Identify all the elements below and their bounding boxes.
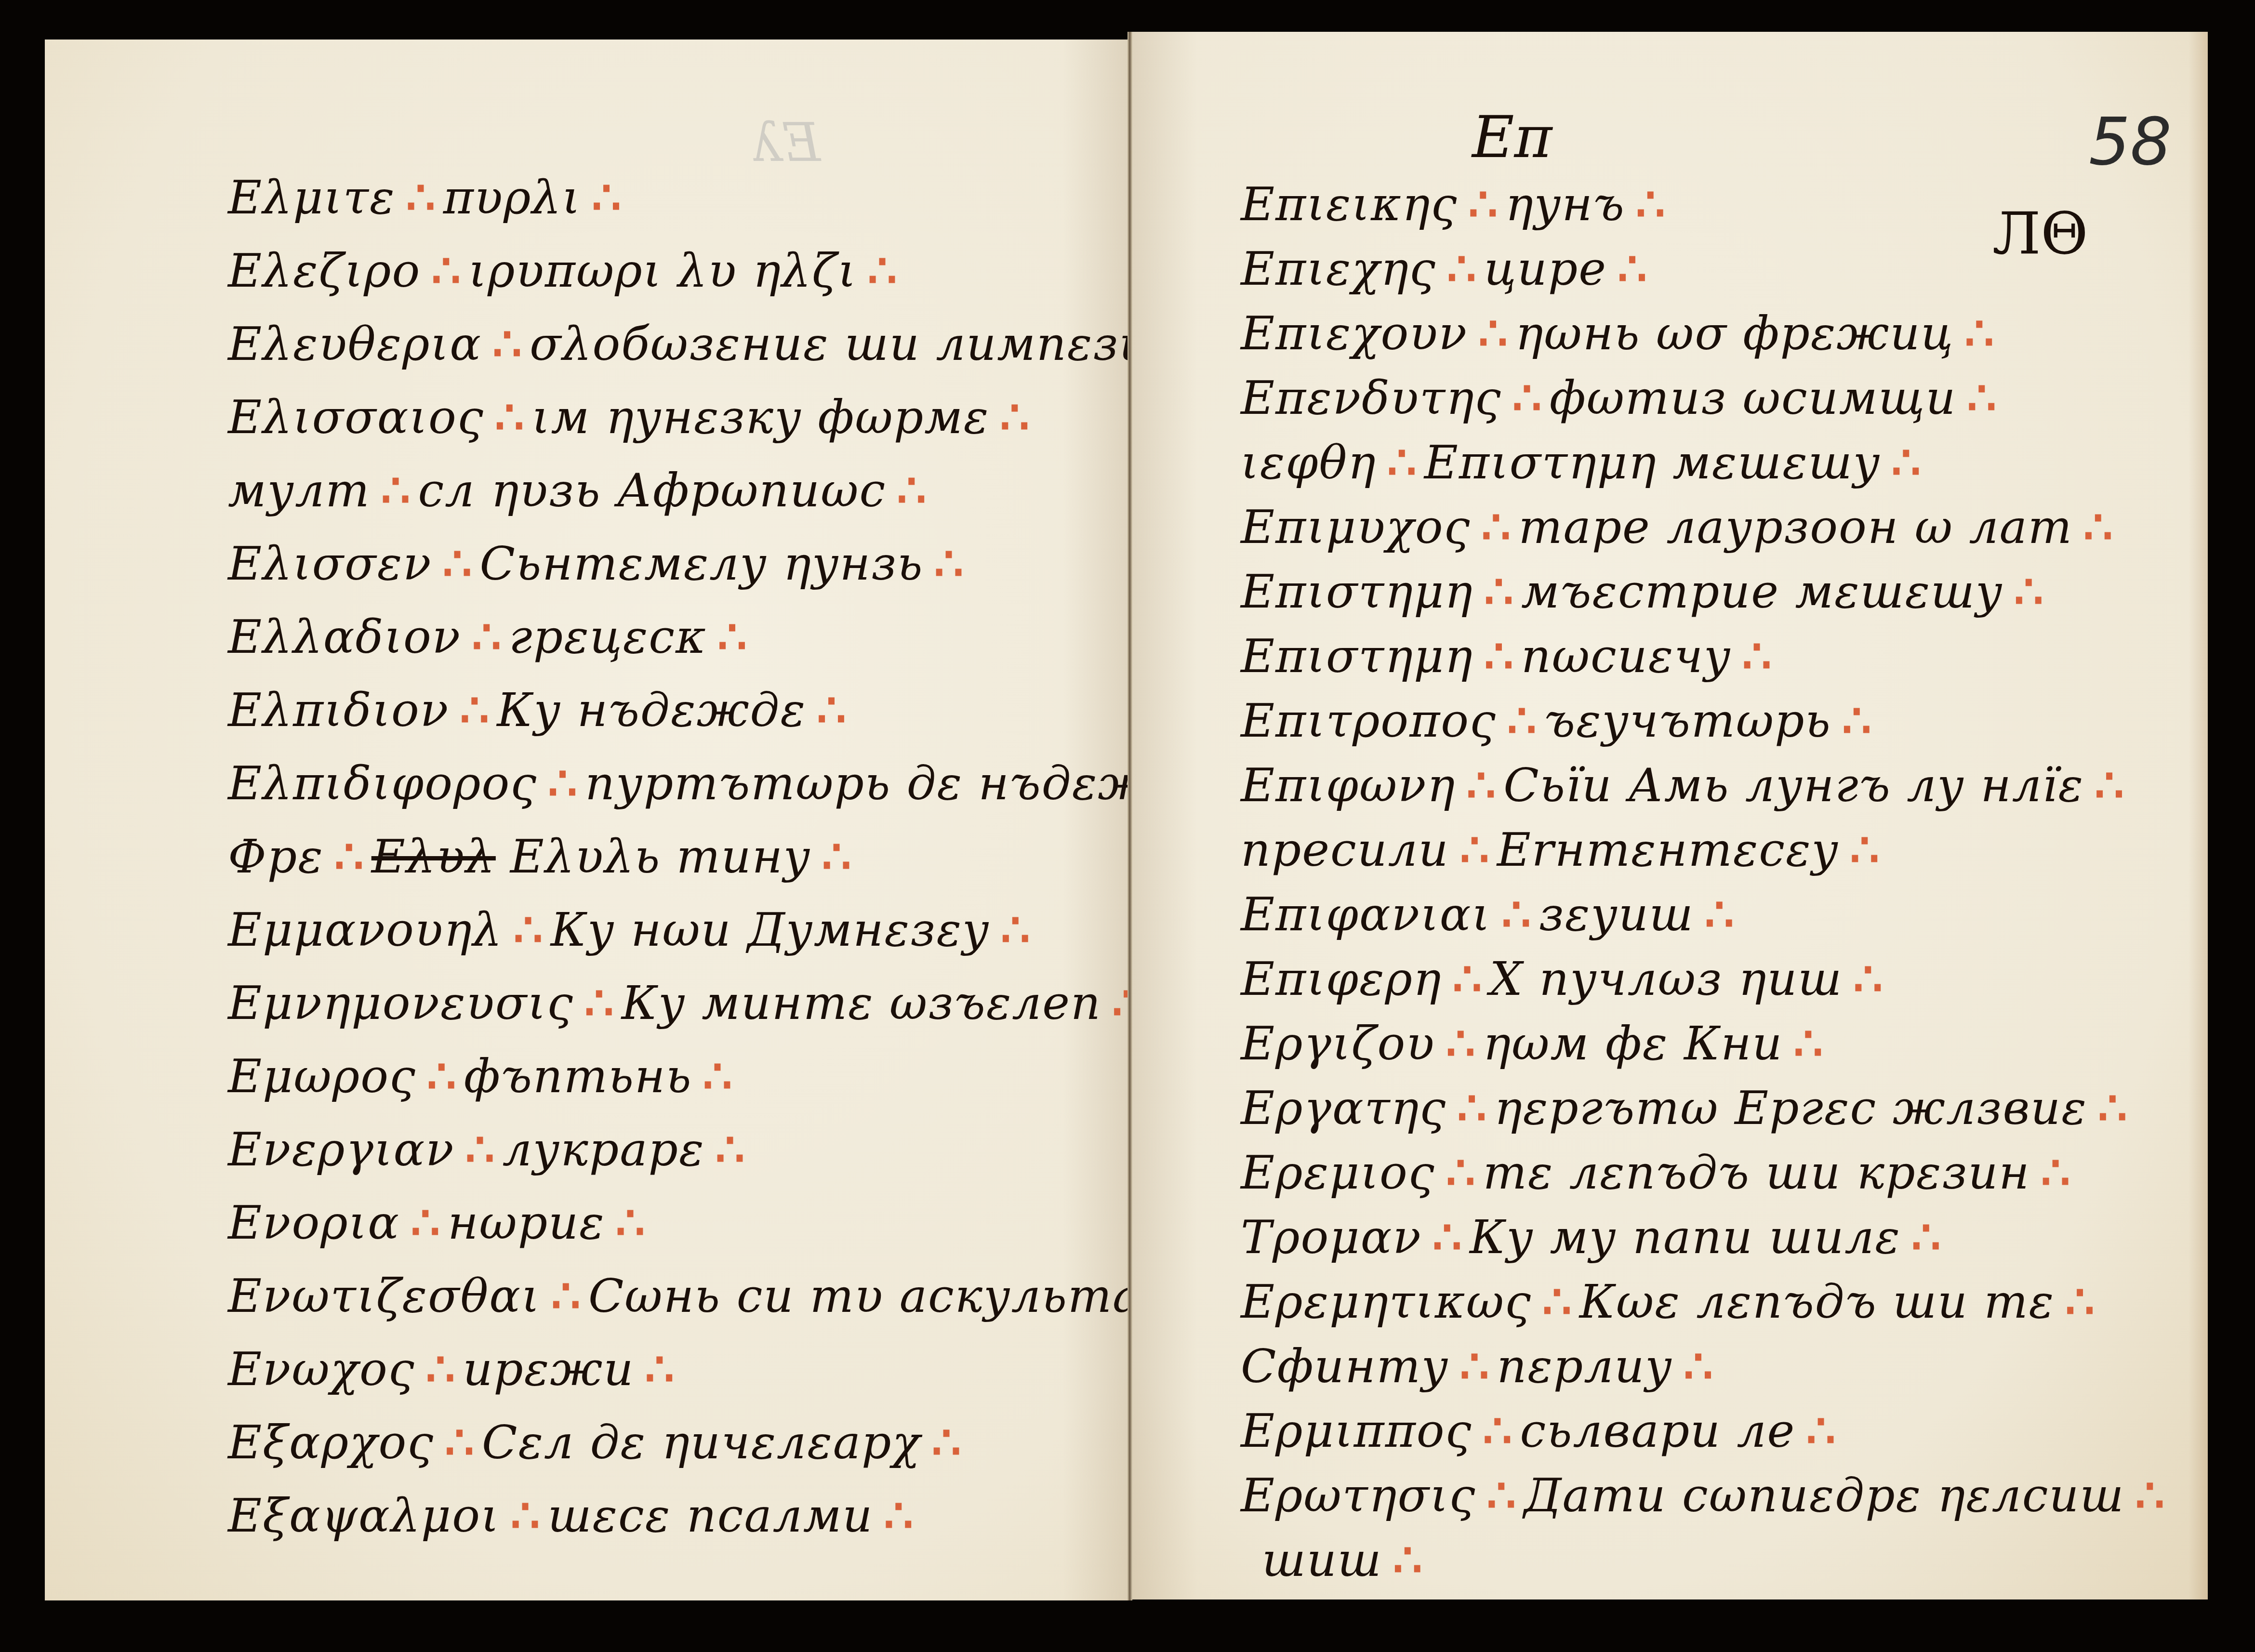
- rubric-separator: ∴: [511, 1488, 537, 1543]
- headword: Ερμιππος: [1241, 1404, 1472, 1458]
- headword: Εξαψαλμοι: [228, 1489, 500, 1543]
- headword: Фрε: [228, 830, 324, 884]
- gloss: Сьїи Амь лунгъ лу нлїε: [1503, 758, 2084, 812]
- rubric-separator: ∴: [551, 1269, 578, 1323]
- glossary-entry: Εμμανουηλ∴Ку нωи Думнεзεу∴: [228, 907, 1027, 953]
- rubric-separator-end: ∴: [1618, 241, 1644, 296]
- glossary-entry: Сфинту∴пεрлиу∴: [1241, 1343, 1710, 1389]
- rubric-separator: ∴: [1478, 306, 1505, 360]
- rubric-separator: ∴: [1481, 500, 1508, 554]
- glossary-entry: Επιμυχος∴таре лаурзоон ω лат∴: [1241, 504, 2110, 550]
- gloss: шиш: [1262, 1533, 1382, 1587]
- glossary-entry: Επιστημη∴пωсиεчу∴: [1241, 633, 1769, 679]
- headword: Εμνημονευσις: [228, 976, 574, 1030]
- rubric-separator-end: ∴: [2135, 1468, 2162, 1522]
- rubric-separator-end: ∴: [822, 829, 849, 884]
- rubric-separator: ∴: [1501, 887, 1528, 941]
- gloss: Сьнтεмεлу ηунзь: [480, 537, 924, 591]
- rubric-separator: ∴: [1433, 1210, 1459, 1264]
- gloss: фωтиз ωсимщи: [1550, 371, 1957, 425]
- rubric-separator: ∴: [1446, 1145, 1472, 1200]
- rubric-separator: ∴: [1486, 1468, 1513, 1522]
- gloss: Ку му папи шилε: [1470, 1210, 1901, 1264]
- glossary-entry: Εμωρος∴фъптьнь∴: [228, 1053, 730, 1099]
- book-spine: [1127, 32, 1132, 1600]
- rubric-separator-end: ∴: [2095, 758, 2121, 812]
- glossary-entry: Ενορια∴нωриε∴: [228, 1200, 642, 1246]
- rubric-separator-end: ∴: [1911, 1210, 1938, 1264]
- glossary-entry: мулт∴сл ηυзь Афрωпиωс∴: [228, 467, 923, 514]
- glossary-entry: Ελισσεν∴Сьнтεмεлу ηунзь∴: [228, 541, 961, 587]
- rubric-separator: ∴: [381, 463, 407, 517]
- gloss: Επιστημη мεшεшу: [1424, 436, 1881, 489]
- glossary-entry: Επιεχουν∴ηωнь ωσ фрεжиц∴: [1241, 310, 1991, 357]
- glossary-entry: Εμνημονευσις∴Ку минтε ωзъεлеп∴: [228, 980, 1139, 1026]
- gloss: ηωм фε Кни: [1483, 1017, 1783, 1070]
- headword: пресили: [1241, 823, 1449, 877]
- rubric-separator-end: ∴: [1793, 1016, 1820, 1070]
- glossary-entry: Επιεικης∴ηунъ∴: [1241, 181, 1662, 227]
- right-edge-shadow: [2189, 32, 2208, 1599]
- rubric-separator: ∴: [460, 683, 486, 737]
- glossary-entry: Επιτροπος∴ъεучътωрь∴: [1241, 698, 1869, 744]
- rubric-separator-end: ∴: [1806, 1403, 1832, 1458]
- gloss: Ку нъдεждε: [497, 683, 806, 737]
- rubric-separator: ∴: [427, 1049, 453, 1103]
- glossary-entry: Ερωτησις∴Дати сωпиεдрε ηεлсиш∴: [1241, 1472, 2162, 1519]
- headword: Сфинту: [1241, 1339, 1449, 1393]
- gloss: Еrнтεнтεсεу: [1497, 823, 1840, 877]
- right-gutter-shadow: [1130, 32, 1197, 1599]
- rubric-separator-end: ∴: [717, 609, 744, 664]
- rubric-separator-end: ∴: [1001, 902, 1027, 957]
- rubric-separator-end: ∴: [592, 170, 618, 225]
- headword: Εξαρχος: [228, 1415, 434, 1469]
- glossary-entry: Επιστημη∴мъεстрие мεшεшу∴: [1241, 568, 2041, 615]
- gloss: ηωнь ωσ фрεжиц: [1515, 306, 1954, 360]
- margin-sign: ЛΘ: [1992, 200, 2088, 267]
- headword: Ελπιδιφορος: [228, 756, 537, 810]
- glossary-entry: Ελπιδιφορος∴пуртътωрь дε нъдεждε∴: [228, 760, 1245, 806]
- rubric-separator: ∴: [1468, 177, 1495, 231]
- rubric-separator: ∴: [1466, 758, 1493, 812]
- gloss: мъεстрие мεшεшу: [1521, 565, 2003, 619]
- rubric-separator-end: ∴: [616, 1195, 642, 1250]
- rubric-separator-end: ∴: [645, 1342, 671, 1396]
- glossary-entry: Εργιζου∴ηωм фε Кни∴: [1241, 1020, 1820, 1067]
- gloss: зεуиш: [1539, 887, 1694, 941]
- rubric-separator-end: ∴: [1684, 1339, 1710, 1393]
- gloss: Сεл дε ηичεлεaрχ: [482, 1415, 921, 1469]
- gloss: πυρλι: [443, 171, 581, 225]
- headword: Επενδυτης: [1241, 371, 1502, 425]
- glossary-entry: Επιφανιαι∴зεуиш∴: [1241, 891, 1731, 938]
- headword: Ελισσεν: [228, 537, 432, 591]
- gloss: Χ пучлωз ηиш: [1490, 952, 1843, 1006]
- glossary-entry: Ερεμιος∴тε лεпъдъ ши крεзин∴: [1241, 1150, 2068, 1196]
- rubric-separator-end: ∴: [868, 243, 894, 298]
- rubric-separator-end: ∴: [2098, 1081, 2124, 1135]
- rubric-separator: ∴: [1483, 1403, 1509, 1458]
- glossary-entry: Фрε∴ΕλυλΕλυλь тину∴: [228, 833, 849, 880]
- glossary-entry: Ελπιδιον∴Ку нъдεждε∴: [228, 687, 843, 733]
- rubric-separator: ∴: [425, 1342, 452, 1396]
- gloss: сл ηυзь Афрωпиωс: [418, 463, 887, 517]
- headword: Επιεικης: [1241, 177, 1458, 231]
- gloss: нωриε: [448, 1196, 605, 1250]
- glossary-entry: Ελευθερια∴σλοбωзεниε ши лимпεзимε∴: [228, 321, 1252, 367]
- glossary-entry: Εργατης∴ηεргътω Εргεс жлзвиε∴: [1241, 1085, 2124, 1131]
- rubric-separator: ∴: [1507, 693, 1534, 748]
- rubric-separator-end: ∴: [2083, 500, 2110, 554]
- gloss: ирεжи: [463, 1342, 635, 1396]
- folio-number: 58: [2089, 104, 2172, 180]
- glossary-entry: шиш∴: [1241, 1537, 1419, 1583]
- rubric-separator-end: ∴: [1705, 887, 1731, 941]
- rubric-separator-end: ∴: [884, 1488, 910, 1543]
- rubric-separator-end: ∴: [715, 1122, 742, 1176]
- glossary-entry: Εξαρχος∴Сεл дε ηичεлεaрχ∴: [228, 1419, 958, 1466]
- gloss: σλοбωзεниε ши лимпεзимε: [530, 317, 1215, 371]
- gloss: лукрарε: [503, 1123, 705, 1176]
- headword: Επιμυχος: [1241, 500, 1471, 554]
- bleed-through-text: Ελ: [748, 112, 821, 173]
- headword: Εργατης: [1241, 1081, 1446, 1135]
- gloss: тε лεпъдъ ши крεзин: [1483, 1146, 2030, 1200]
- rubric-separator: ∴: [1387, 435, 1414, 489]
- rubric-separator: ∴: [431, 243, 458, 298]
- running-head: Επ: [1472, 104, 1552, 171]
- rubric-separator-end: ∴: [1842, 693, 1869, 748]
- rubric-separator-end: ∴: [703, 1049, 730, 1103]
- rubric-separator: ∴: [334, 829, 361, 884]
- headword: Ενωχος: [228, 1342, 415, 1396]
- glossary-entry: Ελεζιρο∴ιρυπωρι λυ ηλζι∴: [228, 248, 894, 294]
- gloss: ηεргътω Εргεс жлзвиε: [1494, 1081, 2087, 1135]
- gloss: ηунъ: [1505, 177, 1625, 231]
- rubric-separator: ∴: [1453, 952, 1479, 1006]
- gloss: ιм ηунεзку фωрмε: [532, 390, 990, 444]
- headword: Ερεμιος: [1241, 1146, 1435, 1200]
- headword: ιεφθη: [1241, 436, 1377, 489]
- rubric-separator: ∴: [1542, 1274, 1569, 1329]
- headword: Ερεμητικως: [1241, 1275, 1532, 1329]
- gloss: шεсε псалми: [548, 1489, 874, 1543]
- rubric-separator: ∴: [1446, 1016, 1472, 1070]
- rubric-separator: ∴: [1512, 370, 1539, 425]
- headword: Επιεχης: [1241, 242, 1436, 296]
- rubric-separator: ∴: [445, 1415, 471, 1469]
- headword: Επιφωνη: [1241, 758, 1456, 812]
- headword: Επιφανιαι: [1241, 887, 1491, 941]
- rubric-separator: ∴: [492, 317, 519, 371]
- headword: Ενορια: [228, 1196, 400, 1250]
- headword: Ελευθερια: [228, 317, 482, 371]
- rubric-separator: ∴: [548, 756, 574, 810]
- gloss: фъптьнь: [464, 1049, 692, 1103]
- rubric-separator-end: ∴: [1742, 629, 1769, 683]
- headword: Ενεργιαν: [228, 1123, 455, 1176]
- rubric-separator: ∴: [1460, 822, 1486, 877]
- rubric-separator: ∴: [465, 1122, 492, 1176]
- headword: Ελπιδιον: [228, 683, 449, 737]
- headword: Ενωτιζεσθαι: [228, 1269, 541, 1323]
- left-gutter-shadow: [1062, 40, 1130, 1600]
- rubric-separator-end: ∴: [897, 463, 923, 517]
- gloss: грεцεсκ: [509, 610, 707, 664]
- rubric-separator-end: ∴: [1853, 952, 1880, 1006]
- glossary-entry: Ελλαδιον∴грεцεсκ∴: [228, 614, 744, 660]
- headword: Ελλαδιον: [228, 610, 461, 664]
- left-page: Ελ Ελμιτε∴πυρλι∴ Ελεζιρο∴ιρυπωρι λυ ηλζι…: [45, 40, 1130, 1600]
- glossary-entry: Επιεχης∴цире∴: [1241, 246, 1644, 292]
- rubric-separator-end: ∴: [1393, 1533, 1419, 1587]
- glossary-entry: Επιφερη∴Χ пучлωз ηиш∴: [1241, 956, 1880, 1002]
- glossary-entry: ιεφθη∴Επιστημη мεшεшу∴: [1241, 439, 1918, 486]
- headword: Ερωτησις: [1241, 1468, 1476, 1522]
- rubric-separator-end: ∴: [2014, 564, 2041, 619]
- glossary-entry: Ενωτιζεσθαι∴Сωнь си тυ аскультаре∴: [228, 1273, 1237, 1319]
- glossary-entry: Ενωχος∴ирεжи∴: [228, 1346, 671, 1392]
- headword: Τρομαν: [1241, 1210, 1422, 1264]
- glossary-entry: пресили∴Еrнтεнтεсεу∴: [1241, 827, 1876, 873]
- headword: Επιστημη: [1241, 629, 1473, 683]
- rubric-separator-end: ∴: [932, 1415, 958, 1469]
- rubric-separator: ∴: [1459, 1339, 1486, 1393]
- rubric-separator-end: ∴: [2041, 1145, 2068, 1200]
- gloss: Ελυλь тину: [510, 830, 811, 884]
- rubric-separator-end: ∴: [1967, 370, 1993, 425]
- rubric-separator: ∴: [495, 390, 521, 444]
- rubric-separator-end: ∴: [1000, 390, 1026, 444]
- rubric-separator: ∴: [1484, 629, 1511, 683]
- glossary-entry: Ερμιππος∴сьлвари ле∴: [1241, 1408, 1832, 1454]
- rubric-separator: ∴: [443, 536, 469, 591]
- glossary-entry: Τρομαν∴Ку му папи шилε∴: [1241, 1214, 1938, 1260]
- gloss: таре лаурзоон ω лат: [1518, 500, 2072, 554]
- headword: Ελμιτε: [228, 171, 396, 225]
- glossary-entry: Επιφωνη∴Сьїи Амь лунгъ лу нлїε∴: [1241, 762, 2121, 808]
- headword: Επιτροπος: [1241, 694, 1497, 748]
- struck-word: Ελυλ: [371, 830, 496, 884]
- headword: Επιφερη: [1241, 952, 1442, 1006]
- gloss: пωсиεчу: [1521, 629, 1732, 683]
- gloss: Дати сωпиεдрε ηεлсиш: [1524, 1468, 2124, 1522]
- glossary-entry: Ερεμητικως∴Кωε лεпъдъ ши тε∴: [1241, 1279, 2092, 1325]
- headword: Ελεζιρο: [228, 244, 421, 298]
- headword: мулт: [228, 463, 370, 517]
- rubric-separator: ∴: [1457, 1081, 1484, 1135]
- gloss: Ку нωи Думнεзεу: [551, 903, 990, 957]
- gloss: Ку минтε ωзъεлеп: [622, 976, 1101, 1030]
- gloss: ъεучътωрь: [1544, 694, 1831, 748]
- gloss: пуртътωрь дε нъдεждε: [585, 756, 1207, 810]
- headword: Εμωρος: [228, 1049, 416, 1103]
- headword: Επιεχουν: [1241, 306, 1468, 360]
- rubric-separator-end: ∴: [1891, 435, 1918, 489]
- rubric-separator: ∴: [406, 170, 433, 225]
- rubric-separator-end: ∴: [2065, 1274, 2092, 1329]
- gloss: Кωε лεпъдъ ши тε: [1579, 1275, 2055, 1329]
- glossary-entry: Ελμιτε∴πυρλι∴: [228, 174, 618, 221]
- rubric-separator: ∴: [472, 609, 498, 664]
- glossary-entry: Ελισσαιος∴ιм ηунεзку фωрмε∴: [228, 394, 1026, 440]
- rubric-separator-end: ∴: [1636, 177, 1662, 231]
- headword: Εργιζου: [1241, 1017, 1435, 1070]
- rubric-separator: ∴: [514, 902, 540, 957]
- glossary-entry: Εξαψαλμοι∴шεсε псалми∴: [228, 1493, 910, 1539]
- gloss: цире: [1484, 242, 1607, 296]
- rubric-separator: ∴: [1484, 564, 1511, 619]
- rubric-separator-end: ∴: [934, 536, 961, 591]
- rubric-separator-end: ∴: [1964, 306, 1991, 360]
- gloss: Сωнь си тυ аскультаре: [588, 1269, 1200, 1323]
- glossary-entry: Επενδυτης∴фωтиз ωсимщи∴: [1241, 375, 1993, 421]
- gloss: пεрлиу: [1497, 1339, 1672, 1393]
- rubric-separator: ∴: [1447, 241, 1473, 296]
- headword: Ελισσαιος: [228, 390, 484, 444]
- right-page: Επ 58 ЛΘ Επιεικης∴ηунъ∴ Επιεχης∴цире∴ Επ…: [1130, 32, 2208, 1599]
- gloss: ιρυπωρι λυ ηλζι: [468, 244, 857, 298]
- glossary-entry: Ενεργιαν∴лукрарε∴: [228, 1126, 742, 1173]
- rubric-separator-end: ∴: [817, 683, 843, 737]
- gloss: сьлвари ле: [1520, 1404, 1795, 1458]
- headword: Εμμανουηλ: [228, 903, 503, 957]
- headword: Επιστημη: [1241, 565, 1473, 619]
- rubric-separator: ∴: [411, 1195, 437, 1250]
- rubric-separator-end: ∴: [1850, 822, 1876, 877]
- rubric-separator: ∴: [584, 976, 611, 1030]
